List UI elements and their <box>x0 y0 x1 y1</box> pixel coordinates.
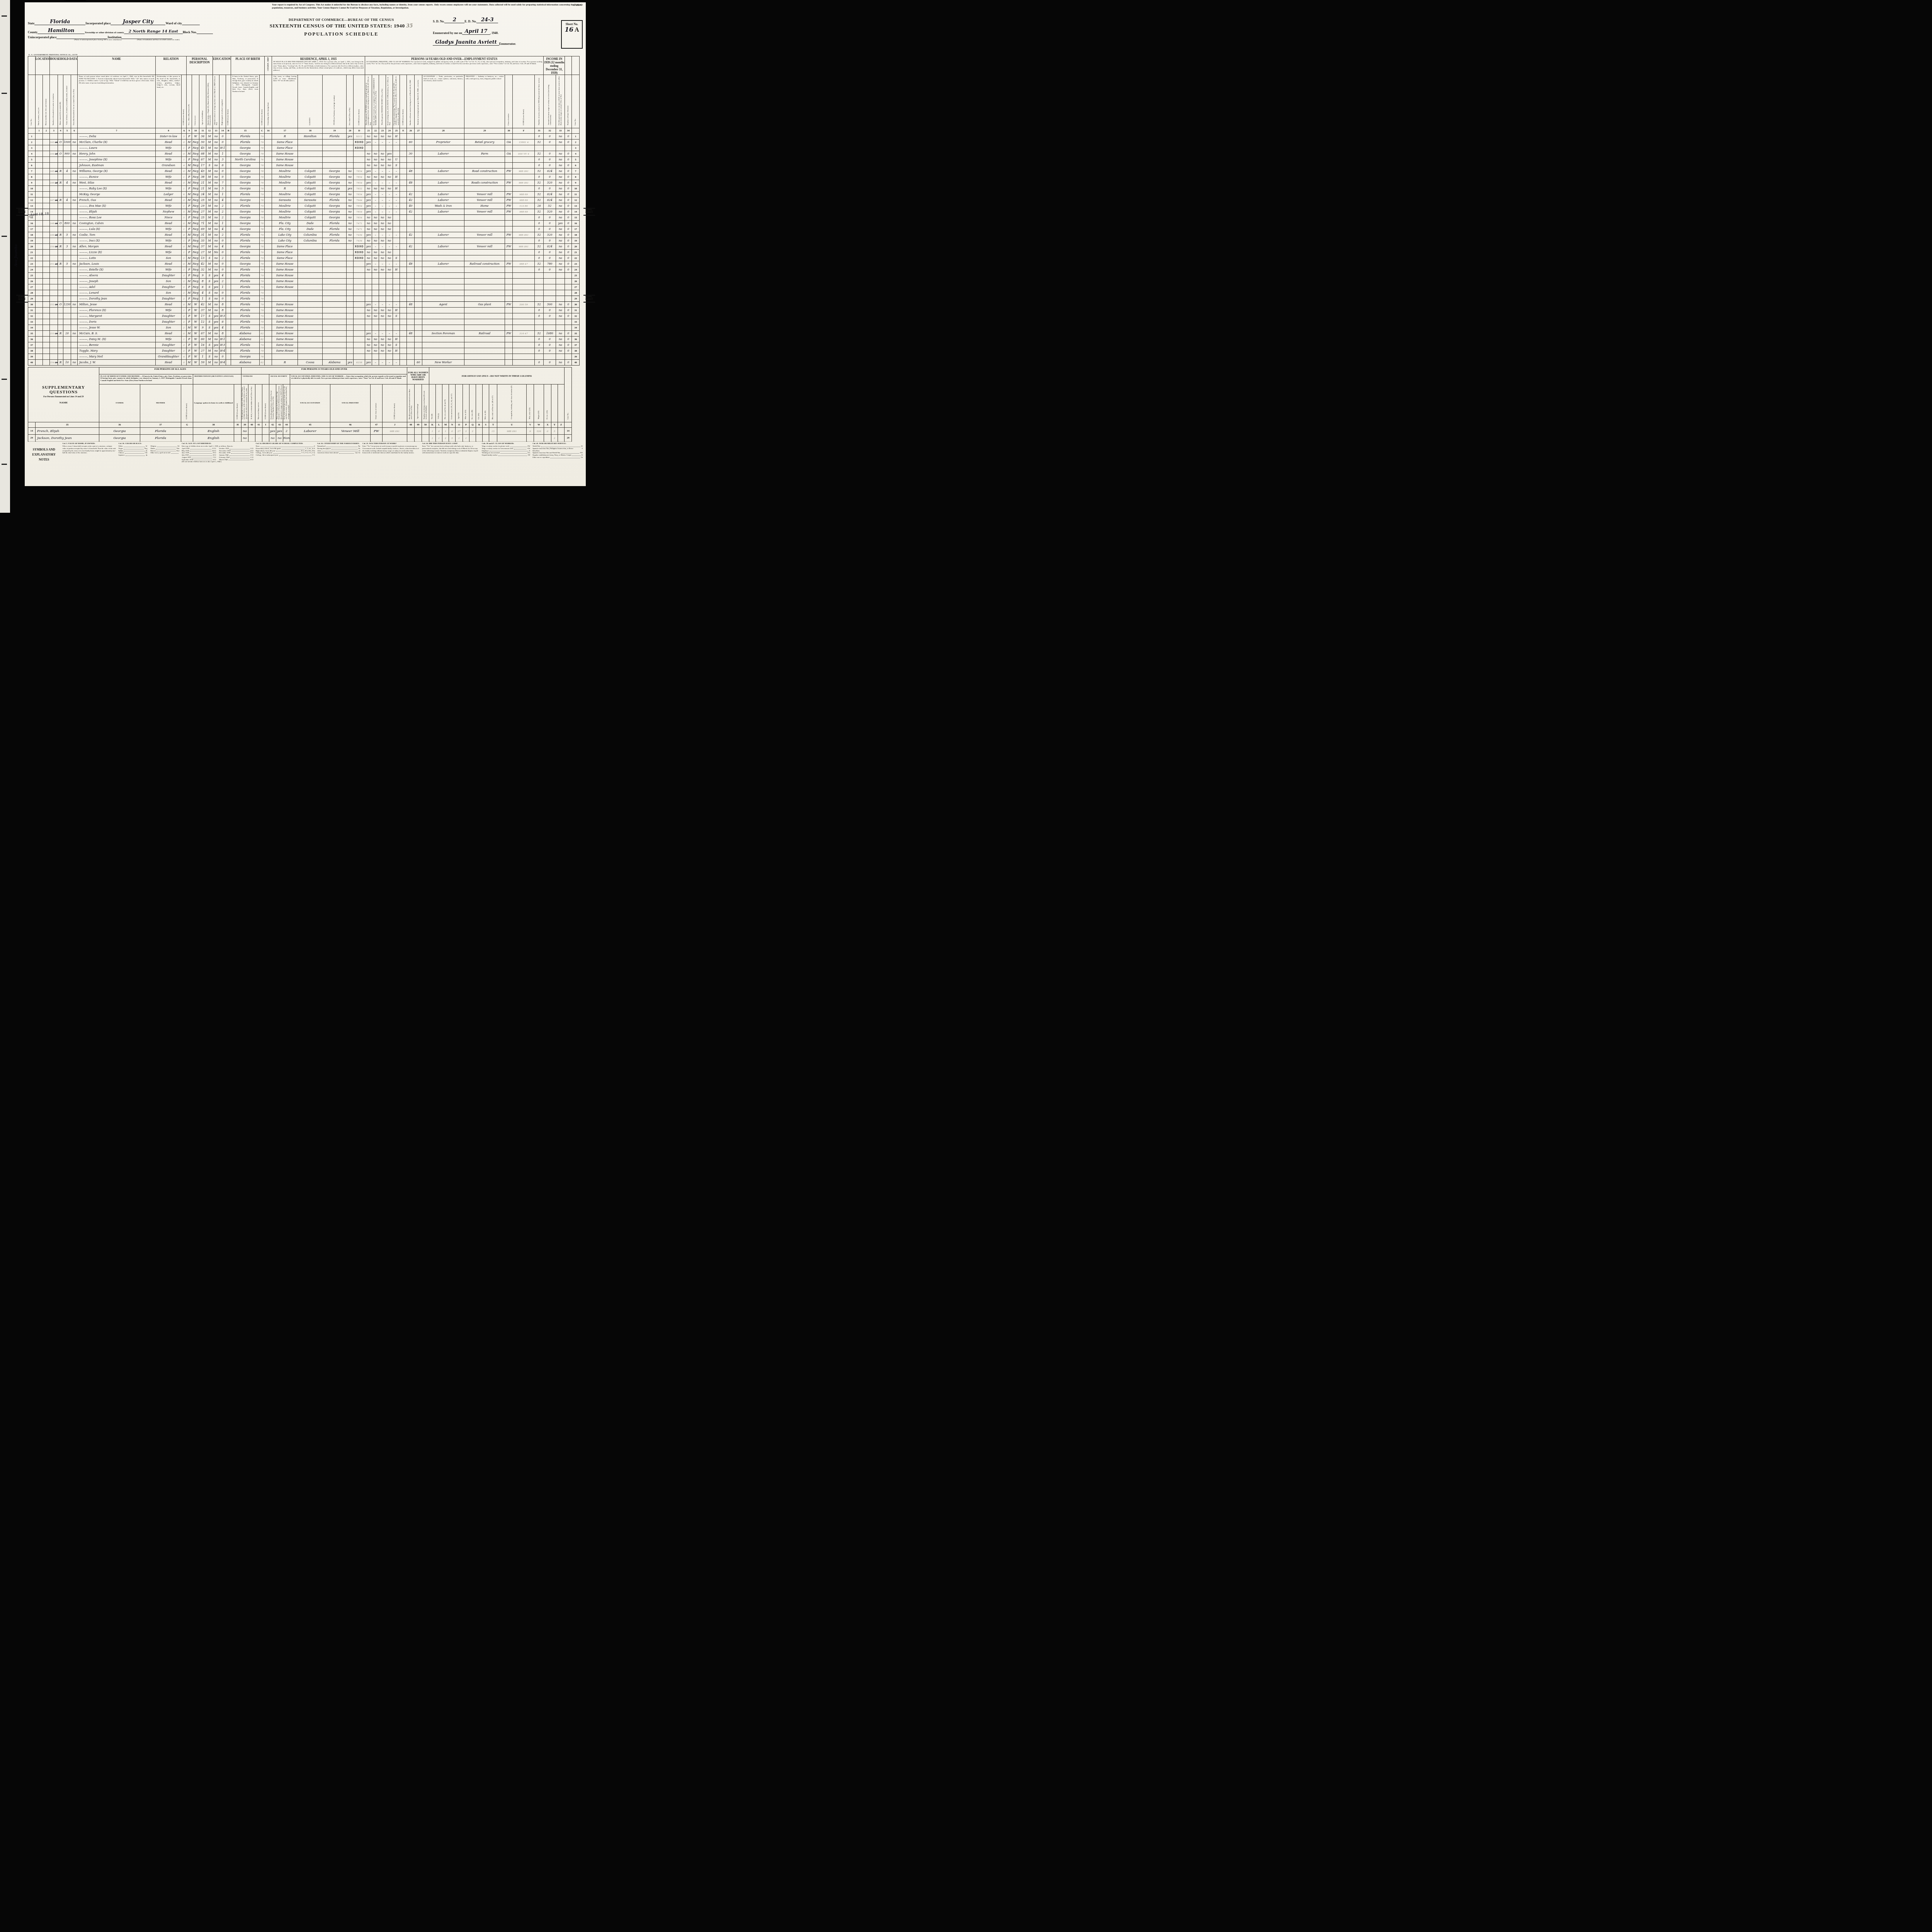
cell-e25-r31: H <box>393 308 400 313</box>
cell-race-r23: Neg <box>192 261 199 267</box>
cell-fs-r30: 0 <box>565 302 572 308</box>
cell-hrs-r26 <box>407 279 415 284</box>
cell-hn-r29 <box>43 296 50 302</box>
cell-cit-r24 <box>265 267 272 273</box>
cell-oth-r16: yes <box>556 221 565 226</box>
cell-rel-r31: Wife <box>156 308 182 313</box>
cell-st-r24 <box>36 267 43 273</box>
cell-sex-r11: M <box>187 192 192 197</box>
cell-e24-r33 <box>386 319 393 325</box>
cell-city-r26: Same House <box>272 279 298 284</box>
cell-hrs-r9: 48 <box>407 180 415 186</box>
cell-e22-r34 <box>372 325 379 331</box>
cell-mar-r39: S <box>206 354 213 360</box>
cell-dur-r35 <box>415 331 422 337</box>
cell-a-r6: 4 <box>182 163 187 168</box>
supp-col-label-38: Language spoken in home in earliest chil… <box>193 384 234 422</box>
cell-a-r39: 4 <box>182 354 187 360</box>
cell-farm-r33 <box>71 319 78 325</box>
cell-sex-r30: M <box>187 302 192 308</box>
cell-own-r5 <box>58 157 63 163</box>
cell-mar-r3: M <box>206 145 213 151</box>
cell-rel-r33: Daughter <box>156 319 182 325</box>
cell-e22-r37: no <box>372 342 379 348</box>
cell-mar-r37: S <box>206 342 213 348</box>
cell-st-r7 <box>36 168 43 174</box>
cell-age-r39: 1 <box>199 354 206 360</box>
cell-f-r37 <box>513 342 535 348</box>
cell-cit-r20 <box>265 244 272 250</box>
cell-city-r30: Same House <box>272 302 298 308</box>
cell-stt-r27 <box>323 284 347 290</box>
cell-e24-r27 <box>386 284 393 290</box>
cell-name-r3: ———, Laura <box>78 145 156 151</box>
cell-dur-r33 <box>415 319 422 325</box>
cell-cit-r18 <box>265 232 272 238</box>
cell-wag-r37: 0 <box>544 342 556 348</box>
cell-hh-r21 <box>50 250 58 255</box>
supp-col-num-43: 43 <box>276 422 283 428</box>
cell-wks-r31: 0 <box>535 308 544 313</box>
cell-e21-r5: no <box>365 157 372 163</box>
cell-f-r10 <box>513 186 535 192</box>
supp-col-label-42: Does this person have a Federal Social S… <box>269 384 276 422</box>
cell-fm-r24 <box>347 267 354 273</box>
cell-wks-r35: 52 <box>535 331 544 337</box>
cell-farm-r12: no <box>71 197 78 203</box>
cell-hh-r13 <box>50 203 58 209</box>
supp-cell-s43-r29: no <box>276 435 283 442</box>
cell-grd-r40: H-4 <box>219 360 226 366</box>
cell-a-r7: 0 <box>182 168 187 174</box>
cell-e-r13 <box>400 203 407 209</box>
cell-sex-r38: F <box>187 348 192 354</box>
cell-st-r20 <box>36 244 43 250</box>
cell-fs-r29 <box>565 296 572 302</box>
cell-fm-r25 <box>347 273 354 279</box>
cell-hrs-r14: 42 <box>407 209 415 215</box>
cell-hn-r16 <box>43 221 50 226</box>
cell-pob-r6: Georgia <box>231 163 260 168</box>
cell-hh-r18: 249 258 <box>50 232 58 238</box>
cell-e-r5 <box>400 157 407 163</box>
cell-e23-r8: no <box>379 174 386 180</box>
cell-grd-r30: 8 <box>219 302 226 308</box>
cell-occ-r13: Wash & Iron <box>422 203 464 209</box>
cell-e23-r3 <box>379 145 386 151</box>
cell-grd-r13: 2 <box>219 203 226 209</box>
cell-fs-r40: 0 <box>565 360 572 366</box>
cell-grd-r11: 1 <box>219 192 226 197</box>
cell-oth-r13: no <box>556 203 565 209</box>
cell-st-r1 <box>36 134 43 139</box>
cell-own-r2: O <box>58 139 63 145</box>
cell-e21-r28 <box>365 290 372 296</box>
supp-cell-L-r29: 1 <box>436 435 442 442</box>
cell-sex-r26: M <box>187 279 192 284</box>
cell-wks-r10: 0 <box>535 186 544 192</box>
cell-stt-r14: Georgia <box>323 209 347 215</box>
cell-lnr-r31: 31 <box>572 308 580 313</box>
col-label-26: Number of hours worked during week of Ma… <box>407 75 415 128</box>
col-num-9: 9 <box>187 128 192 134</box>
cell-pob-r35: Alabama <box>231 331 260 337</box>
supp-col-num-V: V <box>527 422 534 428</box>
cell-grd-r36: H-1 <box>219 337 226 342</box>
cell-name-r4: Henry, John <box>78 151 156 157</box>
cell-occ-r18: Laborer <box>422 232 464 238</box>
cell-e25-r37: S <box>393 342 400 348</box>
cell-cls-r40 <box>505 360 513 366</box>
cell-e25-r7: – <box>393 168 400 174</box>
cell-fm-r13: no <box>347 203 354 209</box>
cell-f-r4: 000 VV 4 <box>513 151 535 157</box>
col-num-18: 18 <box>298 128 323 134</box>
cell-hrs-r15 <box>407 215 415 221</box>
cell-f-r16 <box>513 221 535 226</box>
header-left: State Florida Incorporated place Jasper … <box>28 16 250 53</box>
cell-st-r37 <box>36 342 43 348</box>
cell-st-r22 <box>36 255 43 261</box>
cell-grd-r24: 0 <box>219 267 226 273</box>
cell-sch-r18: no <box>213 232 219 238</box>
cell-wag-r3 <box>544 145 556 151</box>
cell-lnr-r38: 38 <box>572 348 580 354</box>
cell-cls-r29 <box>505 296 513 302</box>
cell-hn-r17 <box>43 226 50 232</box>
cell-c-r37: 79 <box>260 342 265 348</box>
cell-occ-r21 <box>422 250 464 255</box>
cell-race-r39: W <box>192 354 199 360</box>
cell-grd-r29: 0 <box>219 296 226 302</box>
cell-grd-r38: H-4 <box>219 348 226 354</box>
cell-b-r26 <box>226 279 231 284</box>
suppl-quest-tag-right-14: SUPPL. QUEST. <box>583 208 595 216</box>
cell-hn-r3 <box>43 145 50 151</box>
cell-e23-r28 <box>379 290 386 296</box>
cell-pob-r37: Florida <box>231 342 260 348</box>
cell-lnr-r14: 14 <box>572 209 580 215</box>
cell-e-r26 <box>400 279 407 284</box>
cell-e23-r36: no <box>379 337 386 342</box>
supp-col-label-Y <box>551 384 558 422</box>
schedule-header: State Florida Incorporated place Jasper … <box>28 16 583 53</box>
note-col3047: Cols. 30 and 47. CLASS OF WORKER:Wage or… <box>482 443 530 463</box>
cell-ln-r16: 16 <box>28 221 36 226</box>
cell-val-r9: 4 <box>63 180 71 186</box>
cell-grd-r28: 0 <box>219 290 226 296</box>
cell-val-r8 <box>63 174 71 180</box>
cell-race-r37: W <box>192 342 199 348</box>
cell-sex-r2: M <box>187 139 192 145</box>
cell-cls-r17 <box>505 226 513 232</box>
cell-sch-r4: no <box>213 151 219 157</box>
col-num-E: E <box>400 128 407 134</box>
cell-grd-r14: 2 <box>219 209 226 215</box>
cell-fm-r12: no <box>347 197 354 203</box>
cell-cls-r35: PW <box>505 331 513 337</box>
cell-hrs-r30: 48 <box>407 302 415 308</box>
cell-lnr-r10: 10 <box>572 186 580 192</box>
cell-farm-r36 <box>71 337 78 342</box>
cell-hh-r34 <box>50 325 58 331</box>
cell-e21-r2: yes <box>365 139 372 145</box>
cell-e24-r6: no <box>386 163 393 168</box>
supp-col-label-37: MOTHER <box>140 384 181 422</box>
cell-own-r4: O <box>58 151 63 157</box>
supp-col-num-41: 41 <box>255 422 262 428</box>
cell-e25-r1: H <box>393 134 400 139</box>
col-num-32: 32 <box>544 128 556 134</box>
cell-occ-r14: Laborer <box>422 209 464 215</box>
cell-val-r38 <box>63 348 71 354</box>
cell-pob-r33: Florida <box>231 319 260 325</box>
cell-farm-r11 <box>71 192 78 197</box>
cell-city-r10: R <box>272 186 298 192</box>
cell-fs-r32: 0 <box>565 313 572 319</box>
supp-cell-name-r29: Jackson, Dorothy Jean <box>36 435 99 442</box>
cell-ln-r19: 19 <box>28 238 36 244</box>
cell-farm-r15 <box>71 215 78 221</box>
cell-wag-r1: 0 <box>544 134 556 139</box>
header-titles: DEPARTMENT OF COMMERCE—BUREAU OF THE CEN… <box>250 16 433 53</box>
cell-e22-r32: no <box>372 313 379 319</box>
cell-cls-r15 <box>505 215 513 221</box>
cell-fs-r13: 0 <box>565 203 572 209</box>
cell-fm-r8: no <box>347 174 354 180</box>
supp-col-label-W: Wages (32) <box>534 384 544 422</box>
cell-e22-r35: – <box>372 331 379 337</box>
cell-fm-r10: yes <box>347 186 354 192</box>
cell-own-r22 <box>58 255 63 261</box>
cell-wks-r15: 0 <box>535 215 544 221</box>
cell-hrs-r37 <box>407 342 415 348</box>
cell-lnr-r1: 1 <box>572 134 580 139</box>
cell-age-r14: 27 <box>199 209 206 215</box>
cell-rel-r8: Wife <box>156 174 182 180</box>
supp-cell-h-r14 <box>234 428 241 435</box>
cell-c-r17: 78 <box>260 226 265 232</box>
supp-col-label-36: FATHER <box>99 384 140 422</box>
cell-hh-r30: 252 260 <box>50 302 58 308</box>
supp-col-num-Y: Y <box>551 422 558 428</box>
cell-mar-r6: S <box>206 163 213 168</box>
cell-e21-r36: no <box>365 337 372 342</box>
cell-hn-r8 <box>43 174 50 180</box>
cell-occ-r8 <box>422 174 464 180</box>
cell-hrs-r33 <box>407 319 415 325</box>
cell-name-r7: Williams, George (X) <box>78 168 156 174</box>
col-label-20: On a farm? (Yes or No) <box>347 75 354 128</box>
cell-farm-r14 <box>71 209 78 215</box>
cell-city-r7: Moultrie <box>272 168 298 174</box>
cell-st-r9 <box>36 180 43 186</box>
cell-b-r10 <box>226 186 231 192</box>
cell-race-r29: Neg <box>192 296 199 302</box>
cell-rel-r18: Head <box>156 232 182 238</box>
col-num-line0 <box>28 128 36 134</box>
supp-col-label-M: Fm. res. and Sex (6 and 9) <box>442 384 449 422</box>
cell-city-r18: Lake City <box>272 232 298 238</box>
cell-age-r4: 68 <box>199 151 206 157</box>
cell-a-r21: 1 <box>182 250 187 255</box>
cell-hrs-r5 <box>407 157 415 163</box>
cell-pob-r23: Georgia <box>231 261 260 267</box>
cell-stt-r22 <box>323 255 347 261</box>
cell-ln-r38: 38 <box>28 348 36 354</box>
cell-occ-r2: Proprietor <box>422 139 464 145</box>
cell-stt-r8: Georgia <box>323 174 347 180</box>
cell-e21-r25 <box>365 273 372 279</box>
cell-a-r27: 2 <box>182 284 187 290</box>
col-label-10: Color or race <box>192 75 199 128</box>
cell-wag-r28 <box>544 290 556 296</box>
cell-c-r19: 79 <box>260 238 265 244</box>
cell-hrs-r24 <box>407 267 415 273</box>
population-schedule-table-wrap: LOCATIONHOUSEHOLD DATANAMERELATIONPERSON… <box>28 56 583 366</box>
cell-c-r39: 78 <box>260 354 265 360</box>
cell-e24-r16: no <box>386 221 393 226</box>
cell-e-r28 <box>400 290 407 296</box>
cell-fs-r25 <box>565 273 572 279</box>
supp-cell-c47-r29 <box>371 435 383 442</box>
cell-fs-r36: 0 <box>565 337 572 342</box>
col-num-20: 20 <box>347 128 354 134</box>
cell-stt-r4 <box>323 151 347 157</box>
cell-c-r3: 78 <box>260 145 265 151</box>
cell-age-r1: 36 <box>199 134 206 139</box>
note-col10: Col. 10. COLOR OR RACE:WhiteWNegroNegInd… <box>119 443 180 463</box>
cell-name-r1: ———, Delia <box>78 134 156 139</box>
cell-st-r19 <box>36 238 43 244</box>
cell-val-r14 <box>63 209 71 215</box>
cell-hh-r11 <box>50 192 58 197</box>
cell-cls-r34 <box>505 325 513 331</box>
cell-fm-r4 <box>347 151 354 157</box>
cell-hh-r8 <box>50 174 58 180</box>
cell-e25-r25 <box>393 273 400 279</box>
cell-e-r20 <box>400 244 407 250</box>
cell-occ-r6 <box>422 163 464 168</box>
cell-hn-r27 <box>43 284 50 290</box>
cell-pob-r19: Florida <box>231 238 260 244</box>
cell-ind-r34 <box>464 325 505 331</box>
cell-e25-r13: – <box>393 203 400 209</box>
col-num-C: C <box>260 128 265 134</box>
cell-name-r35: McCain, B. S. <box>78 331 156 337</box>
cell-name-r11: McKay, George <box>78 192 156 197</box>
cell-val-r25 <box>63 273 71 279</box>
cell-val-r16: 800 <box>63 221 71 226</box>
cell-stt-r36 <box>323 337 347 342</box>
cell-e21-r29 <box>365 296 372 302</box>
cell-wks-r39 <box>535 354 544 360</box>
cell-c-r11: 79 <box>260 192 265 197</box>
cell-cls-r24 <box>505 267 513 273</box>
cell-val-r15 <box>63 215 71 221</box>
cell-e23-r25 <box>379 273 386 279</box>
cell-occ-r27 <box>422 284 464 290</box>
cell-farm-r8 <box>71 174 78 180</box>
cell-hn-r37 <box>43 342 50 348</box>
cell-a-r20: 0 <box>182 244 187 250</box>
col-label-13: Attended school or college any time sinc… <box>213 75 219 128</box>
supp-cell-T-r29 <box>489 435 497 442</box>
cell-pob-r12: Georgia <box>231 197 260 203</box>
col-label-32: Amount of money wages or salary received… <box>544 75 556 128</box>
enumerator-label: Enumerator. <box>499 42 516 46</box>
cell-own-r32 <box>58 313 63 319</box>
cell-pob-r22: Florida <box>231 255 260 261</box>
cell-b-r27 <box>226 284 231 290</box>
cell-e23-r10: no <box>379 186 386 192</box>
cell-cty-r30 <box>298 302 323 308</box>
cell-oth-r37: no <box>556 342 565 348</box>
cell-val-r29 <box>63 296 71 302</box>
census-title-pencil: 35 <box>406 23 413 29</box>
cell-f-r20: 988 091 <box>513 244 535 250</box>
cell-hh-r38 <box>50 348 58 354</box>
cell-e22-r12: – <box>372 197 379 203</box>
cell-sex-r13: F <box>187 203 192 209</box>
cell-b-r13 <box>226 203 231 209</box>
col-label-F: CODE (Leave blank) <box>513 75 535 128</box>
cell-occ-r22 <box>422 255 464 261</box>
supp-cell-name-r14: French, Elijah <box>36 428 99 435</box>
cell-city-r31: Same House <box>272 308 298 313</box>
cell-e-r36 <box>400 337 407 342</box>
supp-cell-i46-r14: Veneer Mill <box>330 428 371 435</box>
cell-wag-r14: 520 <box>544 209 556 215</box>
cell-occ-r37 <box>422 342 464 348</box>
cell-ind-r27 <box>464 284 505 290</box>
cell-dur-r23 <box>415 261 422 267</box>
cell-f-r35: 316 47 <box>513 331 535 337</box>
cell-ln-r26: 26 <box>28 279 36 284</box>
cell-name-r25: ———, Alvera <box>78 273 156 279</box>
cell-fs-r16: 0 <box>565 221 572 226</box>
cell-hh-r5 <box>50 157 58 163</box>
cell-fm-r29 <box>347 296 354 302</box>
cell-occ-r36 <box>422 337 464 342</box>
cell-pob-r30: Florida <box>231 302 260 308</box>
cell-e23-r38: no <box>379 348 386 354</box>
cell-f-r31 <box>513 308 535 313</box>
cell-cty-r12: Sarasota <box>298 197 323 203</box>
cell-ln-r2: 2 <box>28 139 36 145</box>
cell-city-r27: Same House <box>272 284 298 290</box>
cell-e25-r19 <box>393 238 400 244</box>
cell-race-r8: Neg <box>192 174 199 180</box>
col-label-29: INDUSTRY — Industry or business, as— cot… <box>464 75 505 128</box>
cell-e23-r1: no <box>379 134 386 139</box>
cell-farm-r37 <box>71 342 78 348</box>
cell-c-r5: 76 <box>260 157 265 163</box>
cell-st-r32 <box>36 313 43 319</box>
cell-val-r4: 900 <box>63 151 71 157</box>
cell-ind-r4: Farm <box>464 151 505 157</box>
supp-col-label-46: USUAL INDUSTRY <box>330 384 371 422</box>
col-num-10: 10 <box>192 128 199 134</box>
cell-city-r37: Same House <box>272 342 298 348</box>
cell-cls-r30: PW <box>505 302 513 308</box>
cell-occ-r24 <box>422 267 464 273</box>
sd-label: S. D. No. <box>433 20 444 23</box>
cell-name-r14: ———, Elijah <box>78 209 156 215</box>
cell-f-r19 <box>513 238 535 244</box>
cell-pob-r24: Florida <box>231 267 260 273</box>
col-label-6: Does this household live on a farm? (Yes… <box>71 75 78 128</box>
